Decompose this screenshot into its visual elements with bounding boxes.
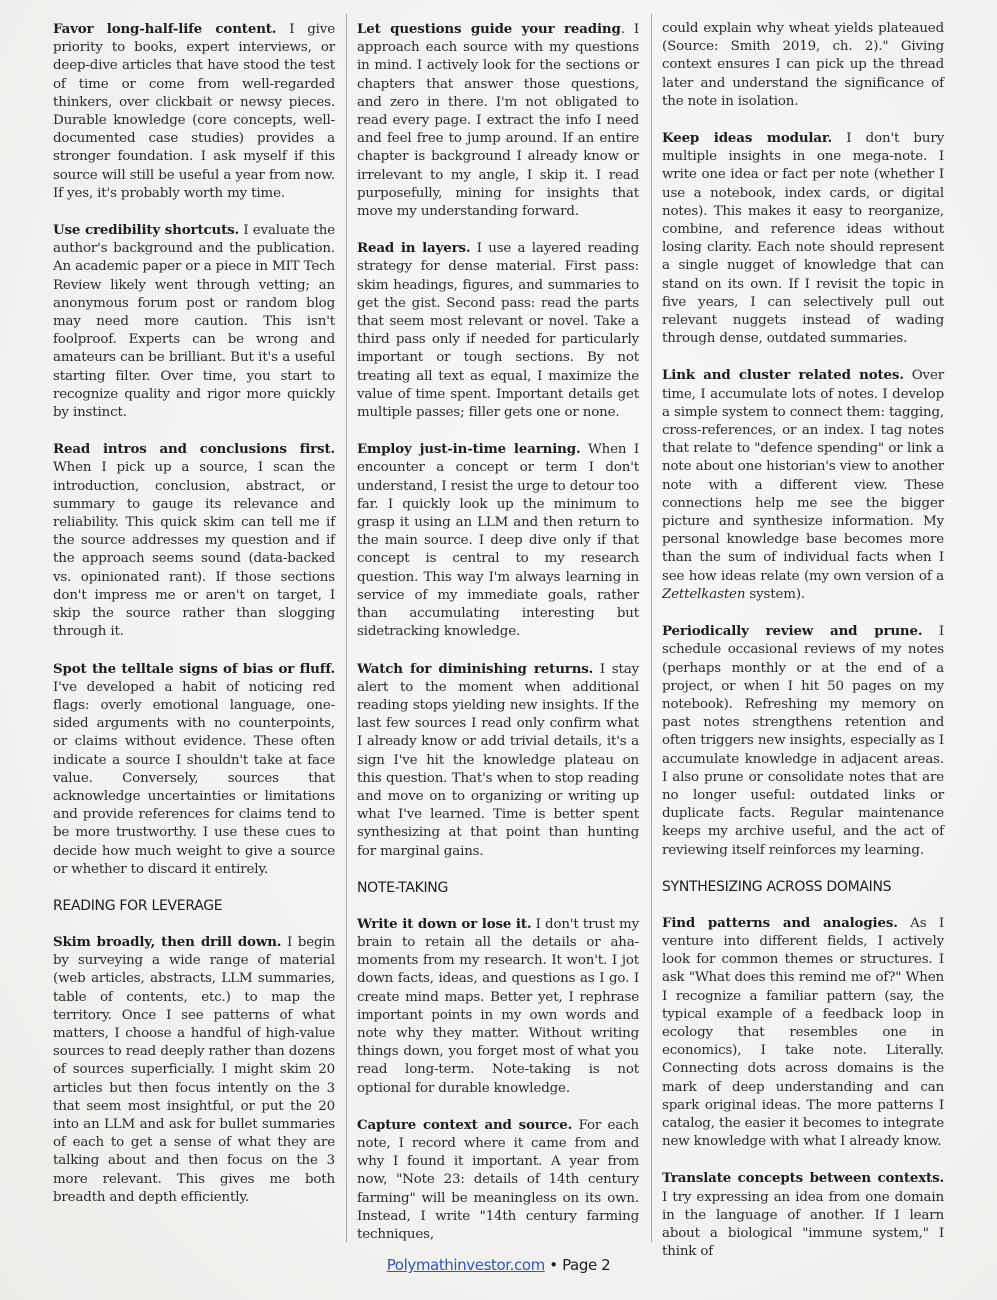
paragraph-lead: Keep ideas modular.	[662, 130, 832, 146]
paragraph: Spot the telltale signs of bias or fluff…	[53, 660, 335, 879]
paragraph: Watch for diminishing returns. I stay al…	[357, 660, 639, 861]
paragraph: Let questions guide your reading. I appr…	[357, 20, 639, 221]
paragraph: Periodically review and prune. I schedul…	[662, 622, 944, 860]
paragraph-lead: Translate concepts between contexts.	[662, 1170, 944, 1186]
section-heading: READING FOR LEVERAGE	[53, 897, 335, 915]
site-link[interactable]: Polymathinvestor.com	[387, 1256, 545, 1274]
paragraph-lead: Link and cluster related notes.	[662, 367, 904, 383]
paragraph: Capture context and source. For each not…	[357, 1116, 639, 1244]
paragraph-body: I try expressing an idea from one domain…	[662, 1190, 944, 1260]
document-page: Favor long-half-life content. I give pri…	[0, 0, 997, 1300]
paragraph-body: When I encounter a concept or term I don…	[357, 442, 639, 639]
paragraph-lead: Employ just-in-time learning.	[357, 441, 580, 457]
paragraph-italic: Zettelkasten	[662, 587, 745, 602]
paragraph-lead: Let questions guide your reading	[357, 21, 621, 37]
paragraph: Read in layers. I use a layered reading …	[357, 239, 639, 422]
paragraph-body: . I approach each source with my questio…	[357, 22, 639, 219]
paragraph-lead: Watch for diminishing returns.	[357, 661, 593, 677]
paragraph-lead: Skim broadly, then drill down.	[53, 934, 281, 950]
paragraph-lead: Read in layers.	[357, 240, 470, 256]
paragraph: Write it down or lose it. I don't trust …	[357, 915, 639, 1098]
paragraph: Employ just-in-time learning. When I enc…	[357, 440, 639, 641]
column-3: could explain why wheat yields plateaued…	[662, 20, 944, 1240]
paragraph-lead: Capture context and source.	[357, 1117, 572, 1133]
paragraph-body: I don't bury multiple insights in one me…	[662, 131, 944, 346]
paragraph-body: Over time, I accumulate lots of notes. I…	[662, 368, 944, 583]
paragraph: Read intros and conclusions first. When …	[53, 440, 335, 641]
paragraph-lead: Write it down or lose it.	[357, 916, 531, 932]
paragraph-body: I use a layered reading strategy for den…	[357, 241, 639, 420]
paragraph: could explain why wheat yields plateaued…	[662, 20, 944, 111]
paragraph-body: I don't trust my brain to retain all the…	[357, 917, 639, 1096]
column-1: Favor long-half-life content. I give pri…	[53, 20, 335, 1240]
paragraph-lead: Use credibility shortcuts.	[53, 222, 239, 238]
paragraph-lead: Find patterns and analogies.	[662, 915, 898, 931]
paragraph: Favor long-half-life content. I give pri…	[53, 20, 335, 203]
column-divider	[651, 14, 652, 1242]
page-footer: Polymathinvestor.com • Page 2	[0, 1256, 997, 1274]
paragraph-body: could explain why wheat yields plateaued…	[662, 21, 944, 109]
section-heading: NOTE-TAKING	[357, 879, 639, 897]
paragraph-lead: Read intros and conclusions first.	[53, 441, 335, 457]
paragraph-body: I stay alert to the moment when addition…	[357, 662, 639, 859]
paragraph: Keep ideas modular. I don't bury multipl…	[662, 129, 944, 348]
paragraph-lead: Periodically review and prune.	[662, 623, 922, 639]
paragraph-body: When I pick up a source, I scan the intr…	[53, 460, 335, 639]
paragraph: Find patterns and analogies. As I ventur…	[662, 914, 944, 1152]
paragraph: Use credibility shortcuts. I evaluate th…	[53, 221, 335, 422]
paragraph-body: As I venture into different fields, I ac…	[662, 916, 944, 1149]
section-heading: SYNTHESIZING ACROSS DOMAINS	[662, 878, 944, 896]
paragraph-body: I schedule occasional reviews of my note…	[662, 624, 944, 857]
paragraph: Skim broadly, then drill down. I begin b…	[53, 933, 335, 1207]
page-number: Page 2	[562, 1256, 610, 1274]
footer-separator: •	[545, 1256, 562, 1274]
paragraph-tail: system).	[745, 587, 805, 602]
paragraph-body: I begin by surveying a wide range of mat…	[53, 935, 335, 1205]
paragraph-body: For each note, I record where it came fr…	[357, 1118, 639, 1242]
paragraph-lead: Favor long-half-life content.	[53, 21, 276, 37]
paragraph-body: I evaluate the author's background and t…	[53, 223, 335, 420]
paragraph-body: I give priority to books, expert intervi…	[53, 22, 335, 201]
paragraph: Link and cluster related notes. Over tim…	[662, 366, 944, 604]
column-divider	[346, 14, 347, 1242]
paragraph-lead: Spot the telltale signs of bias or fluff…	[53, 661, 335, 677]
paragraph: Translate concepts between contexts. I t…	[662, 1169, 944, 1261]
column-2: Let questions guide your reading. I appr…	[357, 20, 639, 1240]
paragraph-body: I've developed a habit of noticing red f…	[53, 680, 335, 877]
